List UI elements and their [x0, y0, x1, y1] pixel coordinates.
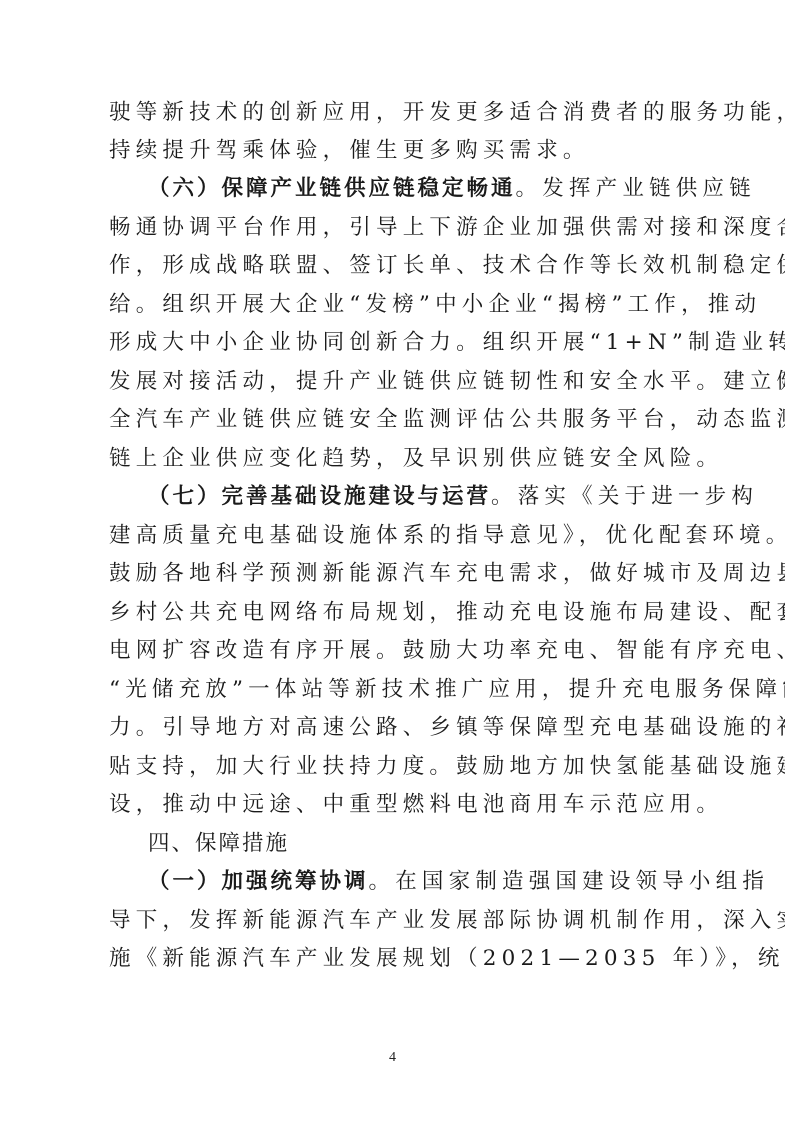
- line-text: 驶等新技术的创新应用，开发更多适合消费者的服务功能，: [109, 100, 785, 125]
- line-text: 畅通协调平台作用，引导上下游企业加强供需对接和深度合: [109, 215, 785, 240]
- paragraph-line: 持续提升驾乘体验，催生更多购买需求。: [109, 132, 679, 170]
- line-text: 导下，发挥新能源汽车产业发展部际协调机制作用，深入实: [109, 908, 785, 933]
- paragraph-line: 鼓励各地科学预测新能源汽车充电需求，做好城市及周边县: [109, 555, 679, 593]
- paragraph-line: 形成大中小企业协同创新合力。组织开展“1+N”制造业转移: [109, 324, 679, 362]
- line-text: 全汽车产业链供应链安全监测评估公共服务平台，动态监测: [109, 407, 785, 432]
- section-six-title: （六）保障产业链供应链稳定畅通: [148, 176, 516, 201]
- line-text: 。在国家制造强国建设领导小组指: [369, 869, 770, 894]
- paragraph-line: 贴支持，加大行业扶持力度。鼓励地方加快氢能基础设施建: [109, 748, 679, 786]
- line-text: 乡村公共充电网络布局规划，推动充电设施布局建设、配套: [109, 600, 785, 625]
- paragraph-line: “光储充放”一体站等新技术推广应用，提升充电服务保障能: [109, 671, 679, 709]
- chapter-four-title: 四、保障措施: [148, 831, 289, 856]
- paragraph-line: 力。引导地方对高速公路、乡镇等保障型充电基础设施的补: [109, 709, 679, 747]
- line-text: 链上企业供应变化趋势，及早识别供应链安全风险。: [109, 446, 723, 471]
- line-text: “光储充放”一体站等新技术推广应用，提升充电服务保障能: [109, 677, 785, 702]
- paragraph-line: 给。组织开展大企业“发榜”中小企业“揭榜”工作，推动: [109, 286, 679, 324]
- line-text: 持续提升驾乘体验，催生更多购买需求。: [109, 138, 590, 163]
- paragraph-line: 乡村公共充电网络布局规划，推动充电设施布局建设、配套: [109, 594, 679, 632]
- line-text: 给。组织开展大企业“发榜”中小企业“揭榜”工作，推动: [109, 292, 761, 317]
- section-one-title: （一）加强统筹协调: [148, 869, 369, 894]
- line-text: 。落实《关于进一步构: [491, 484, 758, 509]
- line-text: 贴支持，加大行业扶持力度。鼓励地方加快氢能基础设施建: [109, 754, 785, 779]
- line-text: 鼓励各地科学预测新能源汽车充电需求，做好城市及周边县: [109, 561, 785, 586]
- document-page: 驶等新技术的创新应用，开发更多适合消费者的服务功能， 持续提升驾乘体验，催生更多…: [0, 0, 785, 1121]
- line-text: 作，形成战略联盟、签订长单、技术合作等长效机制稳定供: [109, 253, 785, 278]
- paragraph-line: 设，推动中远途、中重型燃料电池商用车示范应用。: [109, 786, 679, 824]
- section-seven-title: （七）完善基础设施建设与运营: [148, 484, 491, 509]
- line-text: 设，推动中远途、中重型燃料电池商用车示范应用。: [109, 792, 723, 817]
- paragraph-line: 建高质量充电基础设施体系的指导意见》，优化配套环境。: [109, 517, 679, 555]
- paragraph-line: 畅通协调平台作用，引导上下游企业加强供需对接和深度合: [109, 209, 679, 247]
- paragraph-line: 发展对接活动，提升产业链供应链韧性和安全水平。建立健: [109, 363, 679, 401]
- section-seven-heading-line: （七）完善基础设施建设与运营。落实《关于进一步构: [148, 478, 679, 516]
- line-text: 力。引导地方对高速公路、乡镇等保障型充电基础设施的补: [109, 715, 785, 740]
- line-text: 施《新能源汽车产业发展规划（2021—2035 年）》，统筹推动: [109, 946, 785, 971]
- line-text: 形成大中小企业协同创新合力。组织开展“1+N”制造业转移: [109, 330, 785, 355]
- paragraph-line: 驶等新技术的创新应用，开发更多适合消费者的服务功能，: [109, 94, 679, 132]
- line-text: 建高质量充电基础设施体系的指导意见》，优化配套环境。: [109, 523, 785, 548]
- section-one-heading-line: （一）加强统筹协调。在国家制造强国建设领导小组指: [148, 863, 679, 901]
- line-text: 。发挥产业链供应链: [516, 176, 756, 201]
- paragraph-line: 作，形成战略联盟、签订长单、技术合作等长效机制稳定供: [109, 247, 679, 285]
- paragraph-line: 链上企业供应变化趋势，及早识别供应链安全风险。: [109, 440, 679, 478]
- paragraph-line: 导下，发挥新能源汽车产业发展部际协调机制作用，深入实: [109, 902, 679, 940]
- chapter-four-heading-line: 四、保障措施: [148, 825, 679, 863]
- section-six-heading-line: （六）保障产业链供应链稳定畅通。发挥产业链供应链: [148, 170, 679, 208]
- paragraph-line: 施《新能源汽车产业发展规划（2021—2035 年）》，统筹推动: [109, 940, 679, 978]
- line-text: 发展对接活动，提升产业链供应链韧性和安全水平。建立健: [109, 369, 785, 394]
- line-text: 电网扩容改造有序开展。鼓励大功率充电、智能有序充电、: [109, 638, 785, 663]
- paragraph-line: 全汽车产业链供应链安全监测评估公共服务平台，动态监测: [109, 401, 679, 439]
- page-number: 4: [0, 1050, 785, 1066]
- paragraph-line: 电网扩容改造有序开展。鼓励大功率充电、智能有序充电、: [109, 632, 679, 670]
